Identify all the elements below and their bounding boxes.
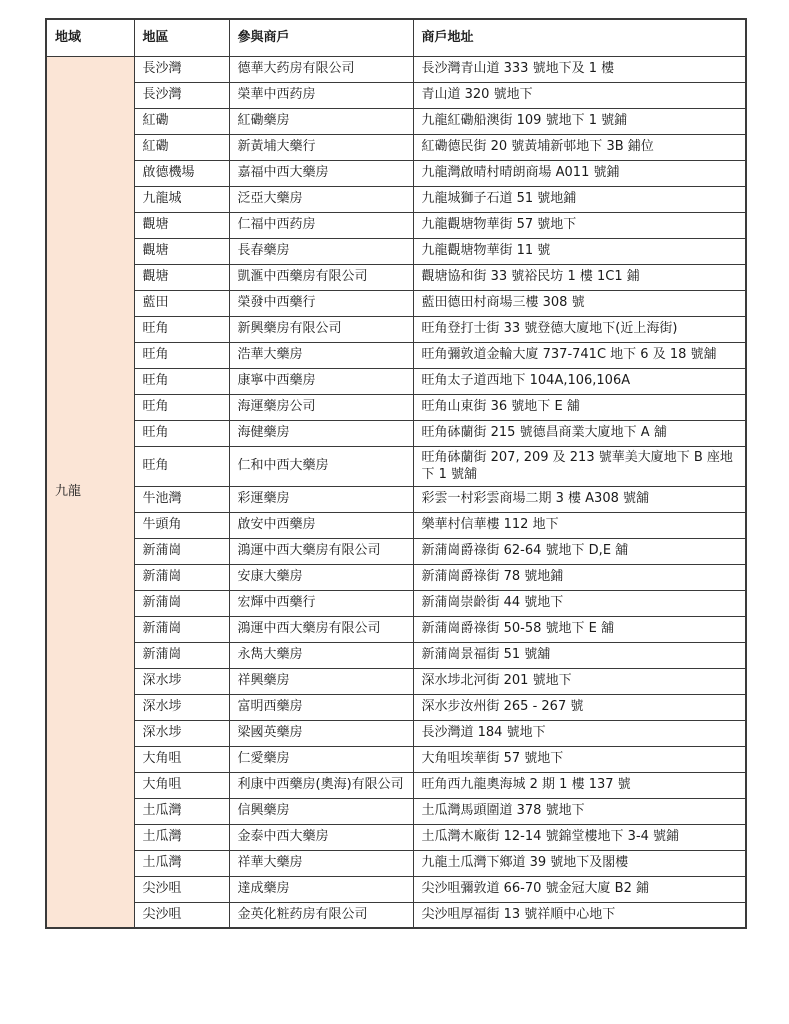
- address-cell: 新蒲崗崇齡街 44 號地下: [413, 590, 746, 616]
- header-district: 地區: [134, 19, 229, 56]
- table-row: 旺角浩華大藥房旺角彌敦道金輪大廈 737-741C 地下 6 及 18 號舖: [46, 342, 746, 368]
- address-cell: 新蒲崗爵祿街 78 號地鋪: [413, 564, 746, 590]
- address-cell: 旺角砵蘭街 207, 209 及 213 號華美大廈地下 B 座地下 1 號舖: [413, 446, 746, 486]
- table-header: 地域 地區 參與商戶 商戶地址: [46, 19, 746, 56]
- district-cell: 長沙灣: [134, 82, 229, 108]
- table-row: 紅磡新黃埔大藥行紅磡德民街 20 號黃埔新邨地下 3B 鋪位: [46, 134, 746, 160]
- table-row: 旺角康寧中西藥房旺角太子道西地下 104A,106,106A: [46, 368, 746, 394]
- table-row: 九龍城泛亞大藥房九龍城獅子石道 51 號地鋪: [46, 186, 746, 212]
- address-cell: 尖沙咀彌敦道 66-70 號金冠大廈 B2 鋪: [413, 876, 746, 902]
- address-cell: 旺角砵蘭街 215 號德昌商業大廈地下 A 舖: [413, 420, 746, 446]
- address-cell: 長沙灣道 184 號地下: [413, 720, 746, 746]
- address-cell: 長沙灣青山道 333 號地下及 1 樓: [413, 56, 746, 82]
- district-cell: 長沙灣: [134, 56, 229, 82]
- district-cell: 深水埗: [134, 720, 229, 746]
- district-cell: 新蒲崗: [134, 538, 229, 564]
- address-cell: 九龍觀塘物華街 57 號地下: [413, 212, 746, 238]
- table-row: 旺角新興藥房有限公司旺角登打士街 33 號登德大廈地下(近上海街): [46, 316, 746, 342]
- district-cell: 大角咀: [134, 746, 229, 772]
- district-cell: 新蒲崗: [134, 590, 229, 616]
- address-cell: 九龍觀塘物華街 11 號: [413, 238, 746, 264]
- merchant-cell: 鴻運中西大藥房有限公司: [229, 538, 413, 564]
- merchant-cell: 長春藥房: [229, 238, 413, 264]
- district-cell: 尖沙咀: [134, 902, 229, 928]
- address-cell: 青山道 320 號地下: [413, 82, 746, 108]
- address-cell: 樂華村信華樓 112 地下: [413, 512, 746, 538]
- district-cell: 旺角: [134, 420, 229, 446]
- district-cell: 土瓜灣: [134, 850, 229, 876]
- district-cell: 觀塘: [134, 238, 229, 264]
- district-cell: 九龍城: [134, 186, 229, 212]
- table-row: 深水埗祥興藥房深水埗北河街 201 號地下: [46, 668, 746, 694]
- merchant-cell: 富明西藥房: [229, 694, 413, 720]
- district-cell: 新蒲崗: [134, 642, 229, 668]
- merchant-cell: 新興藥房有限公司: [229, 316, 413, 342]
- merchant-cell: 仁愛藥房: [229, 746, 413, 772]
- address-cell: 土瓜灣木廠街 12-14 號錦堂樓地下 3-4 號鋪: [413, 824, 746, 850]
- header-merchant: 參與商戶: [229, 19, 413, 56]
- merchant-cell: 浩華大藥房: [229, 342, 413, 368]
- address-cell: 旺角西九龍奧海城 2 期 1 樓 137 號: [413, 772, 746, 798]
- merchant-cell: 德華大药房有限公司: [229, 56, 413, 82]
- address-cell: 尖沙咀厚福街 13 號祥順中心地下: [413, 902, 746, 928]
- district-cell: 新蒲崗: [134, 564, 229, 590]
- address-cell: 新蒲崗爵祿街 62-64 號地下 D,E 舖: [413, 538, 746, 564]
- address-cell: 大角咀埃華街 57 號地下: [413, 746, 746, 772]
- district-cell: 啟德機場: [134, 160, 229, 186]
- merchant-cell: 利康中西藥房(奧海)有限公司: [229, 772, 413, 798]
- address-cell: 新蒲崗爵祿街 50-58 號地下 E 舖: [413, 616, 746, 642]
- table-row: 旺角仁和中西大藥房旺角砵蘭街 207, 209 及 213 號華美大廈地下 B …: [46, 446, 746, 486]
- address-cell: 旺角彌敦道金輪大廈 737-741C 地下 6 及 18 號舖: [413, 342, 746, 368]
- table-row: 大角咀仁愛藥房大角咀埃華街 57 號地下: [46, 746, 746, 772]
- district-cell: 觀塘: [134, 212, 229, 238]
- district-cell: 新蒲崗: [134, 616, 229, 642]
- district-cell: 牛池灣: [134, 486, 229, 512]
- merchant-cell: 祥華大藥房: [229, 850, 413, 876]
- merchant-cell: 海運藥房公司: [229, 394, 413, 420]
- address-cell: 彩雲一村彩雲商場二期 3 樓 A308 號舖: [413, 486, 746, 512]
- table-row: 新蒲崗安康大藥房新蒲崗爵祿街 78 號地鋪: [46, 564, 746, 590]
- table-row: 尖沙咀金英化粧药房有限公司尖沙咀厚福街 13 號祥順中心地下: [46, 902, 746, 928]
- table-body: 九龍長沙灣德華大药房有限公司長沙灣青山道 333 號地下及 1 樓長沙灣榮華中西…: [46, 56, 746, 928]
- district-cell: 土瓜灣: [134, 798, 229, 824]
- table-row: 紅磡紅磡藥房九龍紅磡船澳街 109 號地下 1 號鋪: [46, 108, 746, 134]
- address-cell: 新蒲崗景福街 51 號舖: [413, 642, 746, 668]
- merchant-cell: 凱滙中西藥房有限公司: [229, 264, 413, 290]
- address-cell: 藍田德田村商場三樓 308 號: [413, 290, 746, 316]
- address-cell: 深水埗北河街 201 號地下: [413, 668, 746, 694]
- table-row: 觀塘仁福中西药房九龍觀塘物華街 57 號地下: [46, 212, 746, 238]
- merchant-cell: 宏輝中西藥行: [229, 590, 413, 616]
- district-cell: 旺角: [134, 368, 229, 394]
- table-row: 土瓜灣信興藥房土瓜灣馬頭圍道 378 號地下: [46, 798, 746, 824]
- merchant-cell: 康寧中西藥房: [229, 368, 413, 394]
- header-address: 商戶地址: [413, 19, 746, 56]
- merchant-cell: 紅磡藥房: [229, 108, 413, 134]
- district-cell: 牛頭角: [134, 512, 229, 538]
- merchant-cell: 榮華中西药房: [229, 82, 413, 108]
- address-cell: 九龍城獅子石道 51 號地鋪: [413, 186, 746, 212]
- merchant-cell: 金泰中西大藥房: [229, 824, 413, 850]
- table-row: 啟德機場嘉福中西大藥房九龍灣啟晴村晴朗商場 A011 號鋪: [46, 160, 746, 186]
- address-cell: 旺角太子道西地下 104A,106,106A: [413, 368, 746, 394]
- header-row: 地域 地區 參與商戶 商戶地址: [46, 19, 746, 56]
- table-row: 旺角海健藥房旺角砵蘭街 215 號德昌商業大廈地下 A 舖: [46, 420, 746, 446]
- address-cell: 旺角登打士街 33 號登德大廈地下(近上海街): [413, 316, 746, 342]
- district-cell: 旺角: [134, 394, 229, 420]
- district-cell: 旺角: [134, 342, 229, 368]
- district-cell: 大角咀: [134, 772, 229, 798]
- district-cell: 土瓜灣: [134, 824, 229, 850]
- merchant-cell: 泛亞大藥房: [229, 186, 413, 212]
- merchant-cell: 金英化粧药房有限公司: [229, 902, 413, 928]
- district-cell: 旺角: [134, 446, 229, 486]
- merchant-cell: 祥興藥房: [229, 668, 413, 694]
- merchant-cell: 嘉福中西大藥房: [229, 160, 413, 186]
- district-cell: 紅磡: [134, 108, 229, 134]
- merchant-cell: 彩運藥房: [229, 486, 413, 512]
- table-row: 旺角海運藥房公司旺角山東街 36 號地下 E 舖: [46, 394, 746, 420]
- address-cell: 九龍灣啟晴村晴朗商場 A011 號鋪: [413, 160, 746, 186]
- merchant-cell: 達成藥房: [229, 876, 413, 902]
- table-row: 藍田榮發中西藥行藍田德田村商場三樓 308 號: [46, 290, 746, 316]
- document-page: 地域 地區 參與商戶 商戶地址 九龍長沙灣德華大药房有限公司長沙灣青山道 333…: [0, 0, 789, 1024]
- table-row: 深水埗梁國英藥房長沙灣道 184 號地下: [46, 720, 746, 746]
- table-row: 深水埗富明西藥房深水步汝州街 265 - 267 號: [46, 694, 746, 720]
- table-row: 大角咀利康中西藥房(奧海)有限公司旺角西九龍奧海城 2 期 1 樓 137 號: [46, 772, 746, 798]
- address-cell: 九龍紅磡船澳街 109 號地下 1 號鋪: [413, 108, 746, 134]
- table-row: 土瓜灣金泰中西大藥房土瓜灣木廠街 12-14 號錦堂樓地下 3-4 號鋪: [46, 824, 746, 850]
- merchant-cell: 永雋大藥房: [229, 642, 413, 668]
- table-row: 九龍長沙灣德華大药房有限公司長沙灣青山道 333 號地下及 1 樓: [46, 56, 746, 82]
- address-cell: 紅磡德民街 20 號黃埔新邨地下 3B 鋪位: [413, 134, 746, 160]
- header-region: 地域: [46, 19, 134, 56]
- region-cell: 九龍: [46, 56, 134, 928]
- table-row: 新蒲崗宏輝中西藥行新蒲崗崇齡街 44 號地下: [46, 590, 746, 616]
- participating-merchants-table: 地域 地區 參與商戶 商戶地址 九龍長沙灣德華大药房有限公司長沙灣青山道 333…: [45, 18, 747, 929]
- merchant-cell: 仁和中西大藥房: [229, 446, 413, 486]
- table-row: 新蒲崗鴻運中西大藥房有限公司新蒲崗爵祿街 62-64 號地下 D,E 舖: [46, 538, 746, 564]
- district-cell: 深水埗: [134, 668, 229, 694]
- table-row: 土瓜灣祥華大藥房九龍土瓜灣下鄉道 39 號地下及閣樓: [46, 850, 746, 876]
- merchant-cell: 信興藥房: [229, 798, 413, 824]
- address-cell: 九龍土瓜灣下鄉道 39 號地下及閣樓: [413, 850, 746, 876]
- address-cell: 旺角山東街 36 號地下 E 舖: [413, 394, 746, 420]
- table-row: 新蒲崗鴻運中西大藥房有限公司新蒲崗爵祿街 50-58 號地下 E 舖: [46, 616, 746, 642]
- merchant-cell: 新黃埔大藥行: [229, 134, 413, 160]
- district-cell: 旺角: [134, 316, 229, 342]
- table-row: 牛頭角啟安中西藥房樂華村信華樓 112 地下: [46, 512, 746, 538]
- merchant-cell: 仁福中西药房: [229, 212, 413, 238]
- table-row: 觀塘長春藥房九龍觀塘物華街 11 號: [46, 238, 746, 264]
- address-cell: 觀塘協和街 33 號裕民坊 1 樓 1C1 鋪: [413, 264, 746, 290]
- address-cell: 深水步汝州街 265 - 267 號: [413, 694, 746, 720]
- district-cell: 尖沙咀: [134, 876, 229, 902]
- table-row: 長沙灣榮華中西药房青山道 320 號地下: [46, 82, 746, 108]
- table-row: 觀塘凱滙中西藥房有限公司觀塘協和街 33 號裕民坊 1 樓 1C1 鋪: [46, 264, 746, 290]
- district-cell: 深水埗: [134, 694, 229, 720]
- merchant-cell: 安康大藥房: [229, 564, 413, 590]
- table-row: 牛池灣彩運藥房彩雲一村彩雲商場二期 3 樓 A308 號舖: [46, 486, 746, 512]
- merchant-cell: 鴻運中西大藥房有限公司: [229, 616, 413, 642]
- district-cell: 藍田: [134, 290, 229, 316]
- merchant-cell: 榮發中西藥行: [229, 290, 413, 316]
- district-cell: 觀塘: [134, 264, 229, 290]
- merchant-cell: 海健藥房: [229, 420, 413, 446]
- merchant-cell: 梁國英藥房: [229, 720, 413, 746]
- district-cell: 紅磡: [134, 134, 229, 160]
- table-row: 新蒲崗永雋大藥房新蒲崗景福街 51 號舖: [46, 642, 746, 668]
- merchant-cell: 啟安中西藥房: [229, 512, 413, 538]
- table-row: 尖沙咀達成藥房尖沙咀彌敦道 66-70 號金冠大廈 B2 鋪: [46, 876, 746, 902]
- address-cell: 土瓜灣馬頭圍道 378 號地下: [413, 798, 746, 824]
